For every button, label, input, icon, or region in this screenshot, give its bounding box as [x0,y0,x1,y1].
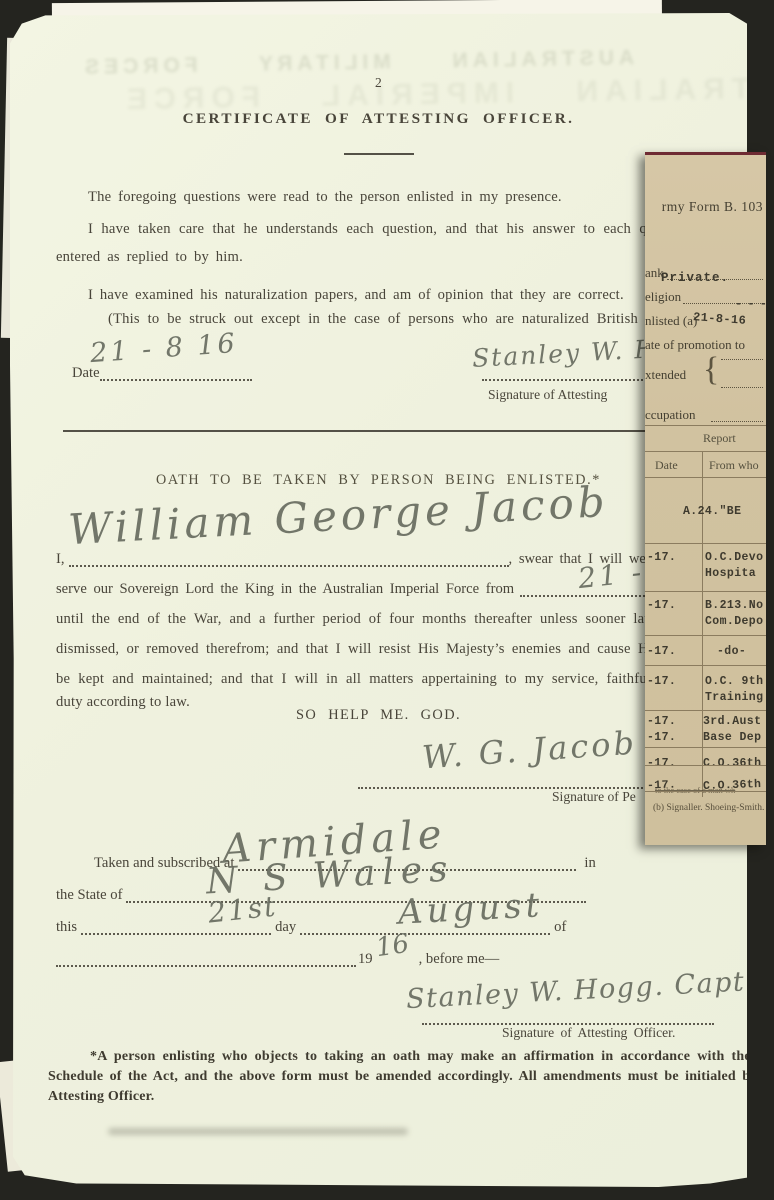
officer-signature-caption: Signature of Attesting Officer. [502,1025,675,1041]
slip-row2-line [645,635,766,636]
slip-extended-brace: { [703,351,719,389]
title-underline [344,153,414,155]
slip-row1-from2: Hospita [705,567,756,580]
slip-col-date: Date [655,458,678,473]
month-handwritten: August [397,885,544,933]
slip-row6-line [645,765,766,766]
slip-enlisted-value: 21-8-16 [693,310,747,328]
year-prefix: 19 [358,951,373,968]
subscription-line2-label: the State of [56,887,122,904]
slip-row3-line [645,665,766,666]
slip-row2-date: -17. [647,599,676,612]
oath-line1: I, , swear that I will we [56,551,646,570]
before-me-text: , before me— [419,951,500,968]
slip-table-top-line [645,425,766,426]
slip-row3-date: -17. [647,645,676,658]
oath-line4: dismissed, or removed therefrom; and tha… [56,641,707,658]
scanned-document: AUSTRALIAN MILITARY FORCES AUSTRALIAN IM… [0,0,774,1200]
attesting-signature-caption: Signature of Attesting [488,387,607,403]
oath-name-dots [69,551,509,567]
page-number: 2 [10,75,747,91]
slip-row1-line [645,591,766,592]
slip-row4-date: -17. [647,675,676,688]
slip-col-from: From who [709,458,759,473]
footnote-line1: *A person enlisting who objects to takin… [90,1049,774,1065]
certificate-para1: The foregoing questions were read to the… [88,189,562,206]
person-signature-caption: Signature of Pe [552,789,636,805]
footnote-line2: Schedule of the Act, and the above form … [48,1069,774,1085]
slip-row5-line [645,747,766,748]
certificate-para4: (This to be struck out except in the cas… [108,311,691,328]
certificate-para2-line1: I have taken care that he understands ea… [88,221,706,238]
year-dots [56,951,356,967]
slip-row5a-from: 3rd.Aust [703,715,761,728]
slip-form-title: rmy Form B. 103 [645,199,763,215]
slip-row0-from: A.24."BE [683,505,741,518]
slip-religion-label: eligion [645,289,681,305]
slip-rank-value: Private. [661,271,729,285]
certificate-para3: I have examined his naturalization paper… [88,287,624,304]
date-handwritten: 21 - 8 16 [89,328,239,369]
certificate-para2-line2: entered as replied to by him. [56,249,243,266]
slip-report-title: Report [703,431,736,446]
oath-lead-in: I, [56,551,65,568]
subscription-of: of [554,919,566,936]
slip-row4-from1: O.C. 9th [705,675,763,688]
person-signature-handwritten: W. G. Jacob [421,724,638,777]
oath-line3: until the end of the War, and a further … [56,611,684,628]
slip-row3-from: -do- [717,645,746,658]
slip-row0-line [645,543,766,544]
oath-line2-text: serve our Sovereign Lord the King in the… [56,581,514,598]
oath-line5: be kept and maintained; and that I will … [56,671,678,688]
slip-row2-from2: Com.Depo [705,615,763,628]
slip-row5b-date: -17. [647,731,676,744]
oath-line2: serve our Sovereign Lord the King in the… [56,581,645,600]
slip-row5b-from: Base Dep [703,731,761,744]
officer-signature-handwritten: Stanley W. Hogg. Capt. [405,966,756,1015]
subscription-this: this [56,919,77,936]
footnote-line3: Attesting Officer. [48,1089,155,1105]
subscription-line4: 19 , before me— [56,951,499,970]
scan-smudge [108,1128,408,1135]
slip-row4-line [645,710,766,711]
so-help-me-god: SO HELP ME. GOD. [10,707,747,724]
slip-row5a-date: -17. [647,715,676,728]
slip-religion-dashes: - - - [735,297,766,311]
slip-row1-date: -17. [647,551,676,564]
slip-row4-from2: Training [705,691,763,704]
slip-occupation-label: ccupation [645,407,696,423]
slip-occupation-dots [711,407,763,422]
slip-row6-date: -17. [647,757,676,770]
slip-extended-dots-bottom [721,377,763,388]
army-form-b103-slip: rmy Form B. 103 ank Private. eligion - -… [645,152,766,845]
year-handwritten: 16 [374,929,411,963]
slip-row1-from1: O.C.Devo [705,551,763,564]
slip-note-b: (b) Signaller. Shoeing-Smith. [653,803,764,813]
page-title: CERTIFICATE OF ATTESTING OFFICER. [10,110,747,128]
slip-header-underline [645,477,766,478]
slip-row6-from: C.O.36th [703,757,761,770]
section-divider [63,430,649,432]
date-dotted-line [100,365,252,381]
person-signature-dots [358,773,654,789]
slip-extended-label: xtended [645,367,686,383]
slip-column-divider [702,451,703,797]
attestation-page: AUSTRALIAN MILITARY FORCES AUSTRALIAN IM… [10,13,747,1187]
oath-heading: OATH TO BE TAKEN BY PERSON BEING ENLISTE… [10,472,747,489]
slip-report-underline [645,451,766,452]
slip-enlisted-label: nlisted (a) [645,313,697,329]
slip-extended-dots-top [721,349,763,360]
slip-row7-line [645,791,766,792]
slip-row2-from1: B.213.No [705,599,763,612]
subscription-line1-suffix: in [584,855,595,872]
